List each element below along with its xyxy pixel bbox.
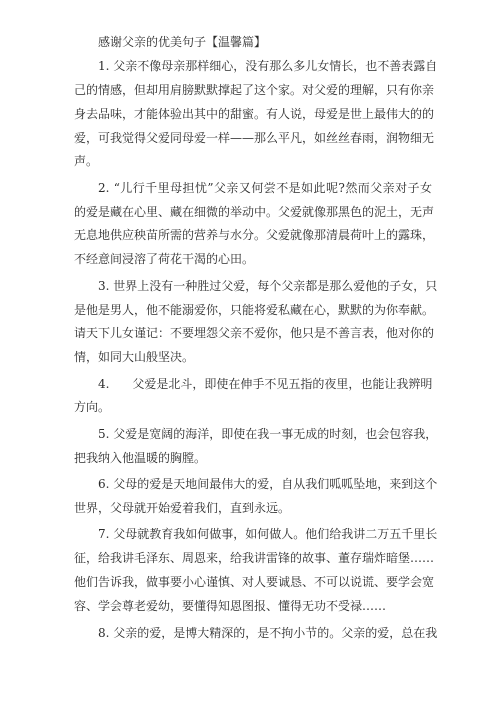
paragraph-4-line-2: 方向。	[74, 397, 432, 417]
paragraph-1-line-3: 身去品味，才能体验出其中的甜蜜。有人说，母爱是世上最伟大的的	[74, 104, 432, 124]
paragraph-7-line-3: 他们告诉我，做事要小心谨慎、对人要诚恳、不可以说谎、要学会宽	[74, 572, 432, 592]
paragraph-2-line-1: 2. “儿行千里母担忧”父亲又何尝不是如此呢?然而父亲对子女	[98, 178, 432, 198]
paragraph-3-line-1: 3. 世界上没有一种胜过父爱，每个父亲都是那么爱他的子女，只	[98, 276, 432, 296]
paragraph-3-line-2: 是他是男人，他不能溺爱你，只能将爱私藏在心，默默的为你奉献。	[74, 300, 432, 320]
paragraph-1-line-2: 己的情感，但却用肩膀默默撑起了这个家。对父爱的理解，只有你亲	[74, 80, 432, 100]
paragraph-7-line-2: 征，给我讲毛泽东、周恩来，给我讲雷锋的故事、董存瑞炸暗堡……	[74, 548, 432, 568]
paragraph-5-line-1: 5. 父爱是宽阔的海洋，即使在我一事无成的时刻，也会包容我，	[98, 424, 432, 444]
paragraph-7-line-1: 7. 父母就教育我如何做事，如何做人。他们给我讲二万五千里长	[98, 524, 432, 544]
paragraph-4-line-1: 4. 父爱是北斗，即使在伸手不见五指的夜里，也能让我辨明	[98, 374, 432, 394]
paragraph-2-line-3: 无息地供应秧苗所需的营养与水分。父爱就像那清晨荷叶上的露珠，	[74, 225, 432, 245]
paragraph-5-line-2: 把我纳入他温暖的胸膛。	[74, 448, 432, 468]
paragraph-3-line-4: 情，如同大山般坚决。	[74, 347, 432, 367]
paragraph-3-line-3: 请天下儿女谨记：不要埋怨父亲不爱你，他只是不善言表，他对你的	[74, 323, 432, 343]
paragraph-1-line-1: 1. 父亲不像母亲那样细心，没有那么多儿女情长，也不善表露自	[98, 56, 432, 76]
paragraph-6-line-1: 6. 父母的爱是天地间最伟大的爱，自从我们呱呱坠地，来到这个	[98, 474, 432, 494]
paragraph-2-line-2: 的爱是藏在心里、藏在细微的举动中。父爱就像那黑色的泥土，无声	[74, 202, 432, 222]
document-title: 感谢父亲的优美句子【温馨篇】	[98, 32, 432, 52]
paragraph-6-line-2: 世界，父母就开始爱着我们，直到永远。	[74, 498, 432, 518]
paragraph-1-line-5: 声。	[74, 151, 432, 171]
paragraph-7-line-4: 容、学会尊老爱幼，要懂得知恩图报、懂得无功不受禄……	[74, 596, 432, 616]
paragraph-2-line-4: 不经意间浸溶了荷花干渴的心田。	[74, 249, 432, 269]
paragraph-8-line-1: 8. 父亲的爱，是博大精深的，是不拘小节的。父亲的爱，总在我	[98, 623, 432, 643]
document-page: 感谢父亲的优美句子【温馨篇】 1. 父亲不像母亲那样细心，没有那么多儿女情长，也…	[0, 0, 500, 707]
paragraph-1-line-4: 爱，可我觉得父爱同母爱一样——那么平凡，如丝丝春雨，润物细无	[74, 128, 432, 148]
